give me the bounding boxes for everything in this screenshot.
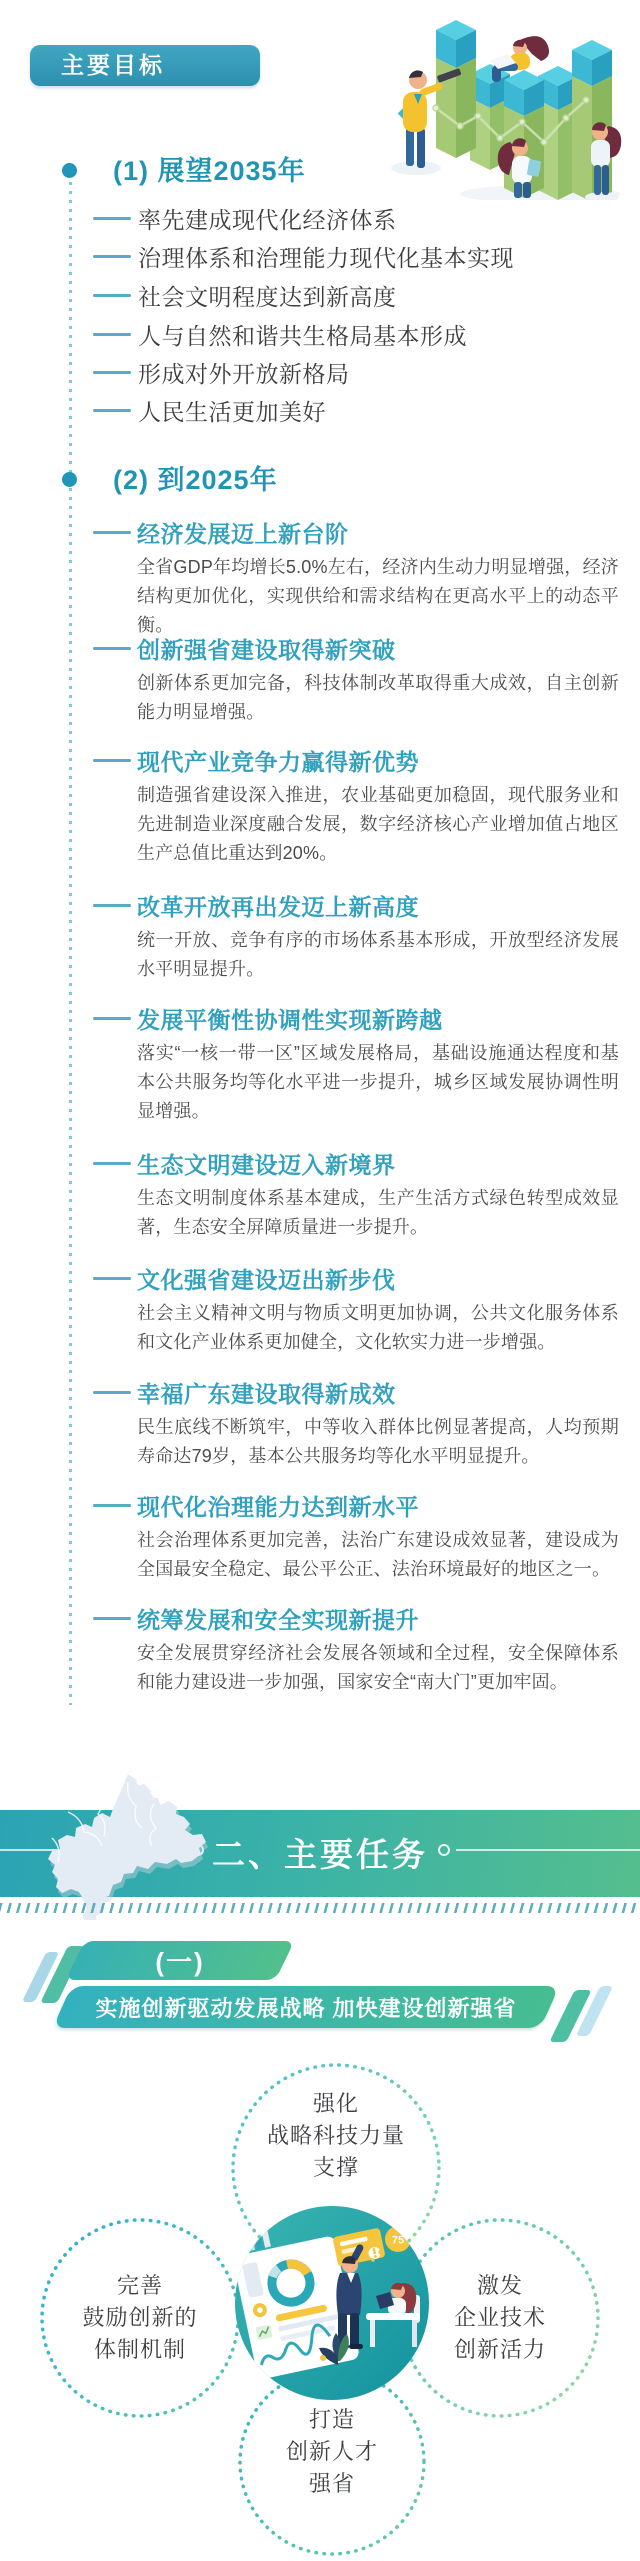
goal-item: 治理体系和治理能力现代化基本实现 bbox=[93, 240, 514, 273]
dash-icon bbox=[93, 759, 131, 762]
timeline-bullet bbox=[62, 472, 77, 487]
goal-item: 人民生活更加美好 bbox=[93, 394, 326, 427]
timeline-dotted-line bbox=[69, 182, 72, 1705]
goal-subsection: 文化强省建设迈出新步伐 社会主义精神文明与物质文明更加协调，公共文化服务体系和文… bbox=[93, 1264, 623, 1357]
dash-icon bbox=[93, 647, 131, 650]
hatched-divider bbox=[0, 1903, 640, 1913]
goal-subsection: 经济发展迈上新台阶 全省GDP年均增长5.0%左右，经济内生动力明显增强，经济结… bbox=[93, 518, 623, 640]
goal-subsection: 现代化治理能力达到新水平 社会治理体系更加完善，法治广东建设成效显著，建设成为全… bbox=[93, 1491, 623, 1584]
goal-subsection: 统筹发展和安全实现新提升 安全发展贯穿经济社会发展各领域和全过程，安全保障体系和… bbox=[93, 1604, 623, 1697]
task-title-label: 实施创新驱动发展战略 加快建设创新强省 bbox=[62, 1986, 550, 2028]
dash-icon bbox=[93, 1617, 131, 1620]
task-number-label: (一) bbox=[75, 1941, 285, 1980]
goal-subsection: 生态文明建设迈入新境界 生态文明制度体系基本建成，生产生活方式绿色转型成效显著，… bbox=[93, 1149, 623, 1242]
right-circle-label: 激发 企业技术 创新活力 bbox=[415, 2270, 585, 2366]
dash-icon bbox=[93, 333, 131, 336]
goal-item: 率先建成现代化经济体系 bbox=[93, 202, 397, 235]
main-goals-badge: 主要目标 bbox=[30, 45, 260, 86]
task-number-badge: (一) bbox=[65, 1941, 294, 1980]
dash-icon bbox=[93, 1277, 131, 1280]
dash-icon bbox=[93, 409, 131, 412]
left-circle-label: 完善 鼓励创新的 体制机制 bbox=[55, 2270, 225, 2366]
growth-chart-illustration bbox=[370, 0, 640, 200]
goal-item: 人与自然和谐共生格局基本形成 bbox=[93, 318, 467, 351]
bottom-circle-label: 打造 创新人才 强省 bbox=[247, 2404, 417, 2500]
dash-icon bbox=[93, 294, 131, 297]
goal-item: 社会文明程度达到新高度 bbox=[93, 279, 397, 312]
by-2025-heading: (2) 到2025年 bbox=[113, 463, 278, 497]
goal-item: 形成对外开放新格局 bbox=[93, 356, 350, 389]
dash-icon bbox=[93, 1504, 131, 1507]
timeline-bullet bbox=[62, 163, 77, 178]
dash-icon bbox=[93, 371, 131, 374]
task-title-bar: 实施创新驱动发展战略 加快建设创新强省 bbox=[53, 1986, 560, 2028]
top-circle-label: 强化 战略科技力量 支撑 bbox=[251, 2088, 421, 2184]
bar-column-icon bbox=[436, 20, 476, 158]
dash-icon bbox=[93, 531, 131, 534]
infographic-page: 主要目标 bbox=[0, 0, 640, 2561]
goal-subsection: 幸福广东建设取得新成效 民生底线不断筑牢，中等收入群体比例显著提高，人均预期寿命… bbox=[93, 1378, 623, 1471]
dash-icon bbox=[93, 255, 131, 258]
dash-icon bbox=[93, 1162, 131, 1165]
goal-subsection: 改革开放再出发迈上新高度 统一开放、竞争有序的市场体系基本形成，开放型经济发展水… bbox=[93, 891, 623, 984]
goal-subsection: 发展平衡性协调性实现新跨越 落实“一核一带一区”区域发展格局，基础设施通达程度和… bbox=[93, 1004, 623, 1126]
goal-subsection: 创新强省建设取得新突破 创新体系更加完备，科技体制改革取得重大成效，自主创新能力… bbox=[93, 634, 623, 727]
dash-icon bbox=[93, 217, 131, 220]
dash-icon bbox=[93, 904, 131, 907]
vision-2035-heading: (1) 展望2035年 bbox=[113, 154, 306, 188]
dash-icon bbox=[93, 1391, 131, 1394]
svg-text:75: 75 bbox=[392, 2235, 404, 2247]
guangdong-map-illustration bbox=[8, 1760, 213, 1920]
goal-subsection: 现代产业竞争力赢得新优势 制造强省建设深入推进，农业基础更加稳固，现代服务业和先… bbox=[93, 746, 623, 868]
dash-icon bbox=[93, 1017, 131, 1020]
